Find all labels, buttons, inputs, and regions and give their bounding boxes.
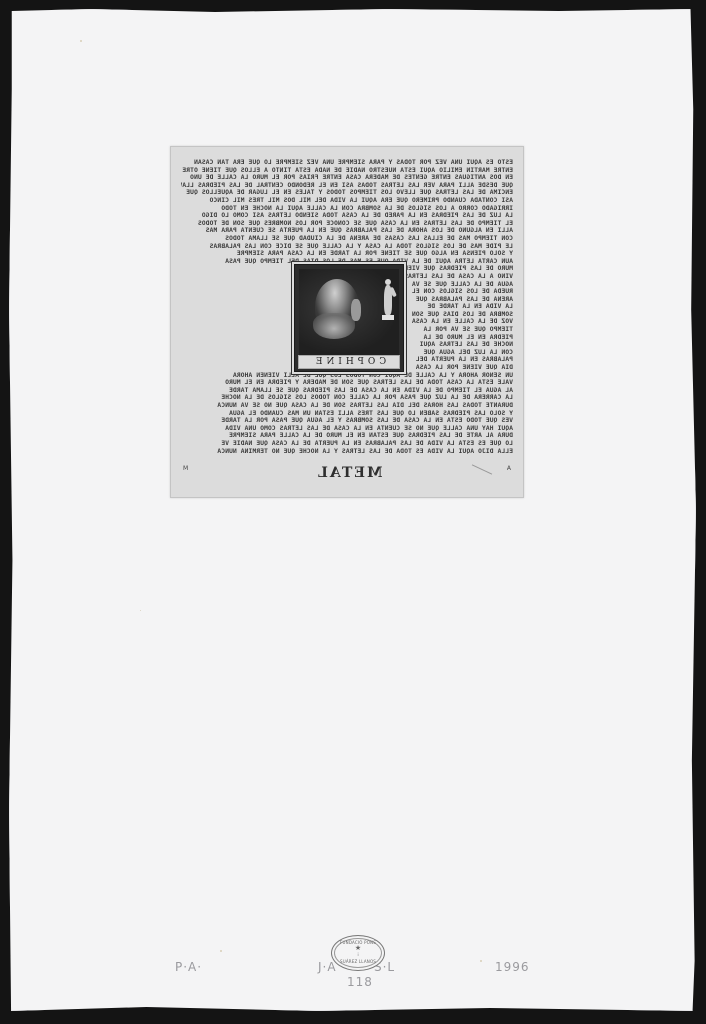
paper-speck (140, 610, 141, 611)
stamp-bottom-text: SUÁREZ LLANOS (332, 959, 384, 964)
inscription-left: P·A· (175, 960, 202, 974)
text-line: ENTRE MARTIN EMILIO AQUÍ ESTÁ NUESTRO NA… (181, 167, 513, 175)
text-line: AL AGUA EL TIEMPO DE LA VIDA EN LA CASA … (181, 387, 513, 395)
text-line: ELLA DIJO AQUÍ LA VIDA ES TODA DE LAS LE… (181, 448, 513, 456)
text-line: QUE DESDE ALLÍ PARA VER LAS LETRAS TODAS… (181, 182, 513, 190)
paper-speck (220, 950, 222, 952)
text-line: IRRIGADO CORRO A LOS SIGLOS DE LA SOMBRA… (181, 205, 513, 213)
text-line: DURANTE TODAS LAS HORAS DEL DÍA LAS LETR… (181, 402, 513, 410)
paper-speck (80, 40, 82, 42)
paper-speck (480, 960, 482, 962)
text-line: LO QUE ES ESTÁ LA VIDA DE LAS PALABRAS E… (181, 440, 513, 448)
text-line: ALLÍ EN ALGUNO DE LOS AHORA DE LAS PALAB… (181, 227, 513, 235)
text-line: Y SOLO PIENSA EN ALGO QUE SE TIENE POR L… (181, 250, 513, 258)
statuette-figure (382, 279, 394, 331)
beard-shape (313, 313, 355, 339)
text-line: VES QUE TODO ESTÁ EN LA CASA DE LAS SOMB… (181, 417, 513, 425)
text-line: ESTO ÉS AQUÍ UNA VEZ POR TODAS Y PARA SI… (181, 159, 513, 167)
text-line: ENCIMA DE LAS LETRAS QUE LLEVO LOS TIEMP… (181, 189, 513, 197)
edition-number: 118 (347, 975, 373, 989)
portrait-inset: COPHINE (294, 264, 404, 372)
etching-plate: ESTO ÉS AQUÍ UNA VEZ POR TODAS Y PARA SI… (170, 146, 524, 498)
portrait-image (299, 269, 399, 355)
text-line: CON TIEMPO MÁS DE ELLAS LAS CASAS DE ARE… (181, 235, 513, 243)
text-line: LA CARRERA DE LA LUZ QUE PASA POR LA CAL… (181, 394, 513, 402)
text-line: Y SOLO LAS PIEDRAS SABEN LO QUE LAS TRES… (181, 410, 513, 418)
text-line: AQUÍ HAY UNA CALLE QUE NO SE CUENTA EN L… (181, 425, 513, 433)
text-line: LE PIDE MÁS DE LOS SIGLOS TODA LA CASA Y… (181, 243, 513, 251)
text-line: LA LUZ DE LAS PIEDRAS EN LA PARED DE LA … (181, 212, 513, 220)
text-line: EL TIEMPO DE LAS LETRAS EN LA CASA QUE S… (181, 220, 513, 228)
collection-stamp: FUNDACIÓ PONS ★ i SUÁREZ LLANOS (331, 935, 385, 971)
hand-shape (351, 299, 361, 321)
inset-caption: COPHINE (298, 355, 400, 369)
text-line: UN SEÑOR AHORA Y LA CALLE DE AQUÍ CON TO… (181, 372, 513, 380)
plate-title: METAL (314, 465, 385, 481)
year-inscription: 1996 (495, 960, 530, 974)
text-line: ASÍ CONTADA CUANDO PRIMERO QUE ERA AQUÍ … (181, 197, 513, 205)
star-icon: ★ (332, 945, 384, 952)
plate-corner-mark-left: M (183, 465, 188, 472)
plate-corner-mark-right: A (507, 465, 511, 472)
text-line: DURA AL ARTE DE LAS PIEDRAS QUE ESTÁN EN… (181, 432, 513, 440)
text-line: EN DOS ANTIGUAS ENTRE GENTES DE MADERA C… (181, 174, 513, 182)
stamp-middle-text: i (332, 952, 384, 957)
text-line: VALE ESTÁ LA CASA TODA DE LAS LETRAS QUE… (181, 379, 513, 387)
